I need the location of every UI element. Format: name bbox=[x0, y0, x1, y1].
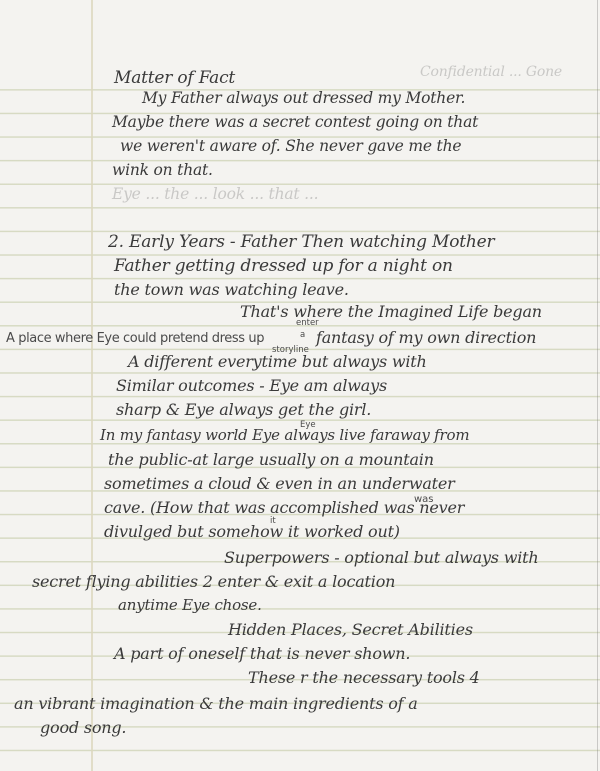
text-line: My Father always out dressed my Mother. bbox=[142, 89, 465, 107]
text-line: sharp & Eye always get the girl. bbox=[116, 400, 371, 419]
text-line: the public-at large usually on a mountai… bbox=[108, 450, 434, 469]
text-line: an vibrant imagination & the main ingred… bbox=[14, 694, 418, 713]
text-line: divulged but somehow it worked out) bbox=[104, 522, 400, 541]
ghost-text-top-right: Confidential ... Gone bbox=[420, 64, 562, 80]
text-line: fantasy of my own direction bbox=[316, 328, 536, 347]
text-line: Father getting dressed up for a night on bbox=[114, 256, 453, 276]
text-line: cave. (How that was accomplished was nev… bbox=[104, 498, 464, 517]
text-line: anytime Eye chose. bbox=[118, 596, 262, 614]
notebook-page: Confidential ... Gone Matter of Fact My … bbox=[0, 0, 600, 771]
text-line: the town was watching leave. bbox=[114, 280, 349, 299]
text-line: Superpowers - optional but always with bbox=[224, 548, 538, 567]
text-line: A part of oneself that is never shown. bbox=[114, 644, 410, 663]
margin-rule bbox=[91, 0, 93, 771]
text-line: we weren't aware of. She never gave me t… bbox=[120, 137, 461, 155]
insert-a: a bbox=[300, 330, 305, 340]
page-edge bbox=[597, 0, 598, 771]
margin-note: A place where Eye could pretend dress up bbox=[6, 331, 264, 346]
text-line: Similar outcomes - Eye am always bbox=[116, 376, 387, 395]
insert-enter: enter bbox=[296, 318, 319, 328]
text-line: A different everytime but always with bbox=[128, 352, 427, 371]
text-line: secret flying abilities 2 enter & exit a… bbox=[32, 572, 395, 591]
page-title: Matter of Fact bbox=[114, 68, 235, 88]
text-line: That's where the Imagined Life began bbox=[240, 302, 542, 321]
text-line: In my fantasy world Eye always live fara… bbox=[100, 426, 469, 444]
text-line: Maybe there was a secret contest going o… bbox=[112, 113, 478, 131]
text-line: wink on that. bbox=[112, 161, 213, 179]
text-line: 2. Early Years - Father Then watching Mo… bbox=[108, 232, 494, 252]
text-line: Hidden Places, Secret Abilities bbox=[228, 620, 473, 639]
text-line: These r the necessary tools 4 bbox=[248, 668, 480, 687]
text-line: good song. bbox=[40, 718, 126, 737]
text-line: sometimes a cloud & even in an underwate… bbox=[104, 474, 455, 493]
ghost-line: Eye ... the ... look ... that ... bbox=[112, 185, 318, 203]
